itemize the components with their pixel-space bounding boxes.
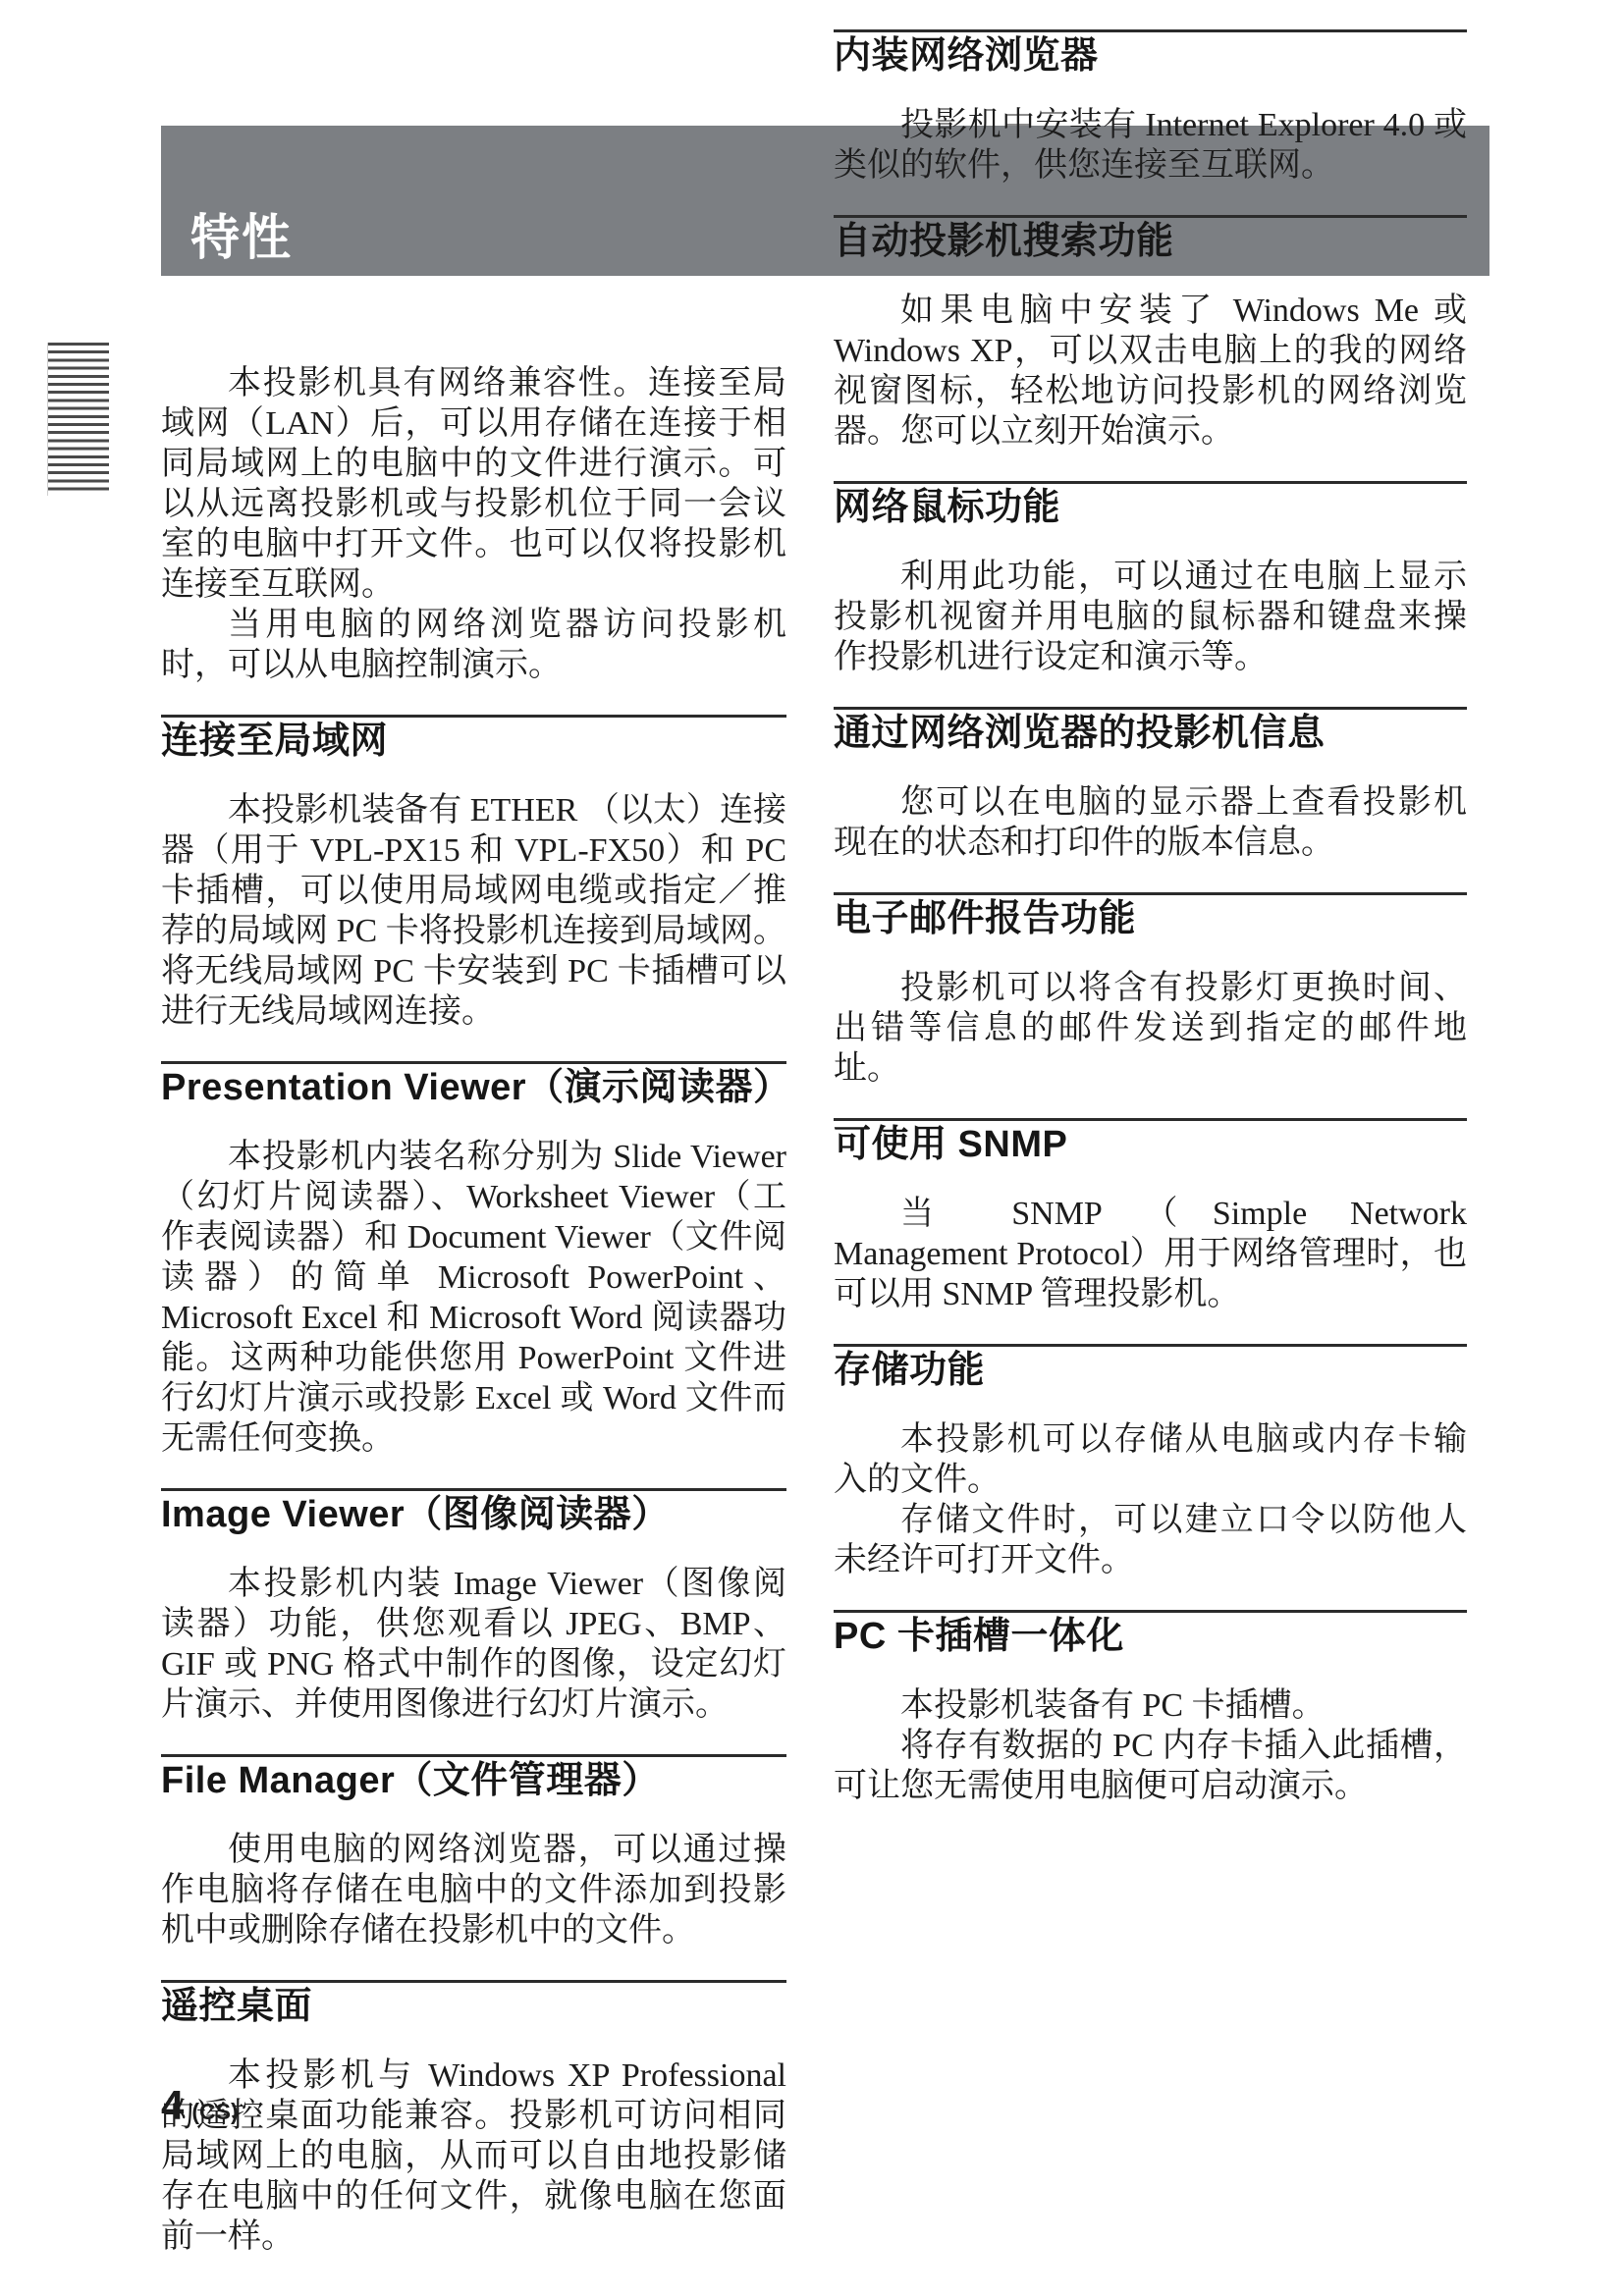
body-paragraph: 本投影机装备有 ETHER （以太）连接器（用于 VPL-PX15 和 VPL-… <box>161 790 786 1032</box>
feature-section: Image Viewer（图像阅读器） 本投影机内装 Image Viewer（… <box>161 1488 786 1725</box>
section-title: 存储功能 <box>834 1347 1467 1390</box>
feature-section: 连接至局域网 本投影机装备有 ETHER （以太）连接器（用于 VPL-PX15… <box>161 715 786 1032</box>
section-title: File Manager（文件管理器） <box>161 1757 786 1800</box>
section-body: 投影机可以将含有投影灯更换时间、出错等信息的邮件发送到指定的邮件地址。 <box>834 968 1467 1089</box>
feature-section: 通过网络浏览器的投影机信息 您可以在电脑的显示器上查看投影机现在的状态和打印件的… <box>834 707 1467 863</box>
body-paragraph: 将存有数据的 PC 内存卡插入此插槽，可让您无需使用电脑便可启动演示。 <box>834 1726 1467 1806</box>
section-title: 网络鼠标功能 <box>834 484 1467 527</box>
section-title: 自动投影机搜索功能 <box>834 218 1467 261</box>
section-title: 遥控桌面 <box>161 1983 786 2026</box>
feature-section: 内装网络浏览器 投影机中安装有 Internet Explorer 4.0 或类… <box>834 29 1467 186</box>
section-title: Presentation Viewer（演示阅读器） <box>161 1064 786 1107</box>
body-paragraph: 使用电脑的网络浏览器，可以通过操作电脑将存储在电脑中的文件添加到投影机中或删除存… <box>161 1830 786 1950</box>
section-title: 电子邮件报告功能 <box>834 895 1467 938</box>
page-number: 4 <box>161 2082 184 2128</box>
page-language-code: (CS) <box>191 2099 238 2124</box>
body-paragraph: 当用电脑的网络浏览器访问投影机时，可以从电脑控制演示。 <box>161 605 786 685</box>
page-footer: 4(CS) <box>161 2085 239 2126</box>
feature-section: 遥控桌面 本投影机与 Windows XP Professional 的遥控桌面… <box>161 1980 786 2257</box>
body-paragraph: 本投影机内装 Image Viewer（图像阅读器）功能，供您观看以 JPEG、… <box>161 1564 786 1725</box>
intro-text: 本投影机具有网络兼容性。连接至局域网（LAN）后，可以用存储在连接于相同局域网上… <box>161 363 786 685</box>
section-title: 可使用 SNMP <box>834 1121 1467 1164</box>
feature-section: 存储功能 本投影机可以存储从电脑或内存卡输入的文件。存储文件时，可以建立口令以防… <box>834 1344 1467 1580</box>
section-title: 通过网络浏览器的投影机信息 <box>834 710 1467 753</box>
right-column: 内装网络浏览器 投影机中安装有 Internet Explorer 4.0 或类… <box>834 0 1467 1806</box>
left-sections: 连接至局域网 本投影机装备有 ETHER （以太）连接器（用于 VPL-PX15… <box>161 715 786 2257</box>
body-paragraph: 本投影机内装名称分别为 Slide Viewer（幻灯片阅读器）、Workshe… <box>161 1137 786 1459</box>
section-body: 本投影机内装名称分别为 Slide Viewer（幻灯片阅读器）、Workshe… <box>161 1137 786 1459</box>
section-title: 连接至局域网 <box>161 718 786 761</box>
body-paragraph: 本投影机可以存储从电脑或内存卡输入的文件。 <box>834 1419 1467 1500</box>
feature-section: PC 卡插槽一体化 本投影机装备有 PC 卡插槽。将存有数据的 PC 内存卡插入… <box>834 1610 1467 1806</box>
section-body: 利用此功能，可以通过在电脑上显示投影机视窗并用电脑的鼠标器和键盘来操作投影机进行… <box>834 557 1467 677</box>
body-paragraph: 利用此功能，可以通过在电脑上显示投影机视窗并用电脑的鼠标器和键盘来操作投影机进行… <box>834 557 1467 677</box>
feature-section: 电子邮件报告功能 投影机可以将含有投影灯更换时间、出错等信息的邮件发送到指定的邮… <box>834 892 1467 1089</box>
left-column: 本投影机具有网络兼容性。连接至局域网（LAN）后，可以用存储在连接于相同局域网上… <box>161 0 786 2257</box>
body-paragraph: 本投影机装备有 PC 卡插槽。 <box>834 1685 1467 1726</box>
section-body: 您可以在电脑的显示器上查看投影机现在的状态和打印件的版本信息。 <box>834 782 1467 863</box>
section-body: 本投影机可以存储从电脑或内存卡输入的文件。存储文件时，可以建立口令以防他人未经许… <box>834 1419 1467 1580</box>
section-title: Image Viewer（图像阅读器） <box>161 1491 786 1534</box>
section-body: 投影机中安装有 Internet Explorer 4.0 或类似的软件，供您连… <box>834 105 1467 186</box>
body-paragraph: 当 SNMP （Simple Network Management Protoc… <box>834 1194 1467 1314</box>
body-paragraph: 投影机可以将含有投影灯更换时间、出错等信息的邮件发送到指定的邮件地址。 <box>834 968 1467 1089</box>
section-body: 本投影机装备有 ETHER （以太）连接器（用于 VPL-PX15 和 VPL-… <box>161 790 786 1032</box>
feature-section: 自动投影机搜索功能 如果电脑中安装了 Windows Me 或 Windows … <box>834 215 1467 452</box>
section-body: 本投影机与 Windows XP Professional 的遥控桌面功能兼容。… <box>161 2056 786 2257</box>
section-title: PC 卡插槽一体化 <box>834 1613 1467 1656</box>
section-title: 内装网络浏览器 <box>834 32 1467 76</box>
feature-section: Presentation Viewer（演示阅读器） 本投影机内装名称分别为 S… <box>161 1061 786 1459</box>
section-body: 当 SNMP （Simple Network Management Protoc… <box>834 1194 1467 1314</box>
section-body: 如果电脑中安装了 Windows Me 或 Windows XP，可以双击电脑上… <box>834 291 1467 452</box>
body-paragraph: 如果电脑中安装了 Windows Me 或 Windows XP，可以双击电脑上… <box>834 291 1467 452</box>
section-body: 本投影机装备有 PC 卡插槽。将存有数据的 PC 内存卡插入此插槽，可让您无需使… <box>834 1685 1467 1806</box>
registration-stripes-decoration <box>47 343 109 496</box>
body-paragraph: 投影机中安装有 Internet Explorer 4.0 或类似的软件，供您连… <box>834 105 1467 186</box>
section-body: 本投影机内装 Image Viewer（图像阅读器）功能，供您观看以 JPEG、… <box>161 1564 786 1725</box>
feature-section: 网络鼠标功能 利用此功能，可以通过在电脑上显示投影机视窗并用电脑的鼠标器和键盘来… <box>834 481 1467 677</box>
body-paragraph: 存储文件时，可以建立口令以防他人未经许可打开文件。 <box>834 1500 1467 1580</box>
right-sections: 内装网络浏览器 投影机中安装有 Internet Explorer 4.0 或类… <box>834 29 1467 1806</box>
feature-section: File Manager（文件管理器） 使用电脑的网络浏览器，可以通过操作电脑将… <box>161 1754 786 1950</box>
feature-section: 可使用 SNMP 当 SNMP （Simple Network Manageme… <box>834 1118 1467 1314</box>
manual-page: 特性 本投影机具有网络兼容性。连接至局域网（LAN）后，可以用存储在连接于相同局… <box>0 0 1624 2296</box>
body-paragraph: 本投影机具有网络兼容性。连接至局域网（LAN）后，可以用存储在连接于相同局域网上… <box>161 363 786 605</box>
section-body: 使用电脑的网络浏览器，可以通过操作电脑将存储在电脑中的文件添加到投影机中或删除存… <box>161 1830 786 1950</box>
body-paragraph: 您可以在电脑的显示器上查看投影机现在的状态和打印件的版本信息。 <box>834 782 1467 863</box>
body-paragraph: 本投影机与 Windows XP Professional 的遥控桌面功能兼容。… <box>161 2056 786 2257</box>
